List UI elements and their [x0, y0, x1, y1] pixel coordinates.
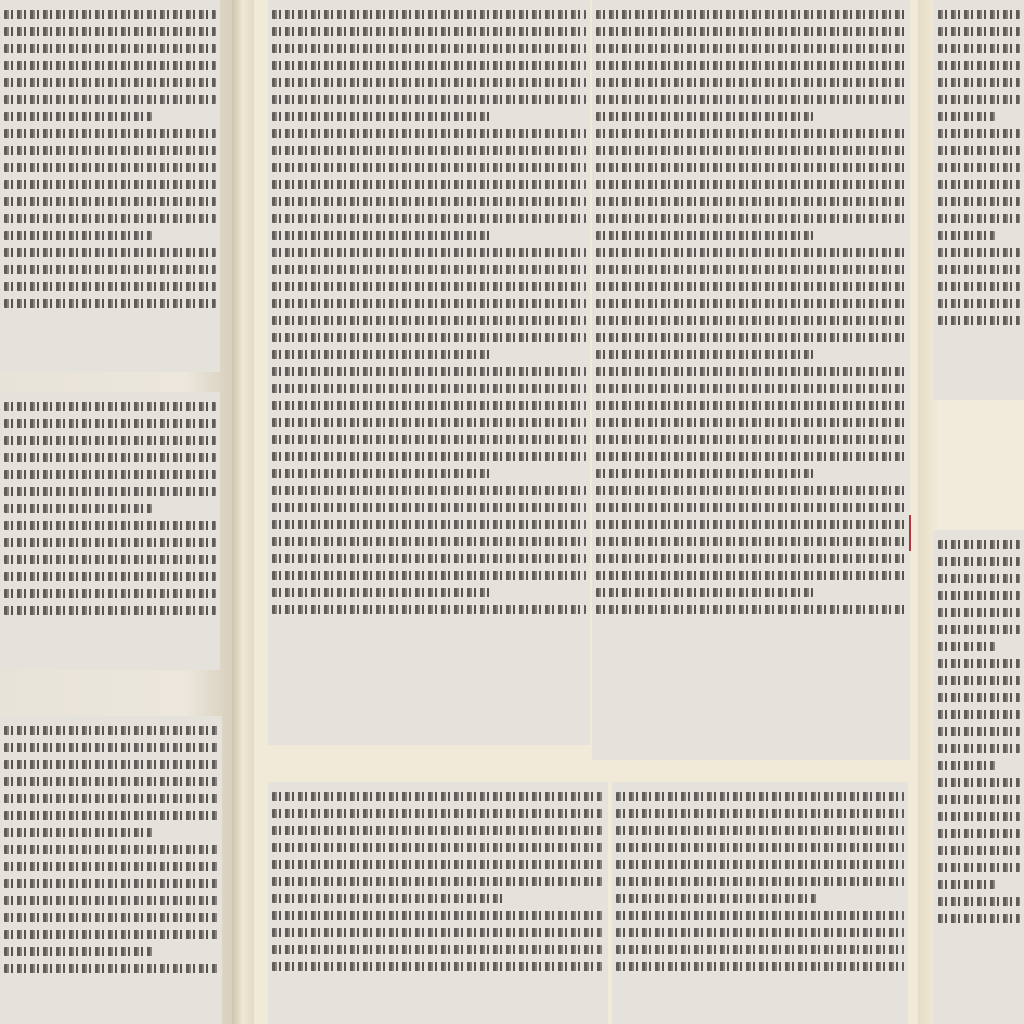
illegible-text-line: [272, 10, 586, 19]
illegible-text-line: [4, 44, 216, 53]
illegible-text-line: [4, 828, 154, 837]
illegible-text-line: [938, 146, 1020, 155]
illegible-text-line: [596, 486, 906, 495]
illegible-text-line: [938, 282, 1020, 291]
illegible-text-line: [616, 792, 904, 801]
illegible-text-line: [4, 521, 216, 530]
illegible-text-line: [596, 27, 906, 36]
illegible-text-line: [596, 112, 813, 121]
illegible-text-line: [596, 384, 906, 393]
illegible-text-line: [272, 333, 586, 342]
illegible-text-line: [938, 265, 1020, 274]
illegible-text-line: [4, 862, 218, 871]
illegible-text-line: [596, 367, 906, 376]
illegible-text-line: [4, 61, 216, 70]
illegible-text-line: [938, 778, 1020, 787]
illegible-text-line: [596, 163, 906, 172]
illegible-text-line: [938, 61, 1020, 70]
illegible-text-line: [938, 693, 1020, 702]
illegible-text-line: [4, 930, 218, 939]
illegible-text-line: [938, 27, 1020, 36]
illegible-text-line: [272, 588, 492, 597]
illegible-text-line: [616, 962, 904, 971]
illegible-text-line: [596, 554, 906, 563]
illegible-text-line: [272, 877, 604, 886]
illegible-text-line: [596, 299, 906, 308]
illegible-text-line: [938, 231, 995, 240]
illegible-text-line: [272, 401, 586, 410]
illegible-text-line: [4, 95, 216, 104]
illegible-text-line: [938, 812, 1020, 821]
illegible-text-line: [4, 947, 154, 956]
illegible-text-line: [4, 78, 216, 87]
illegible-text-line: [4, 811, 218, 820]
illegible-text-line: [596, 571, 906, 580]
illegible-text-line: [272, 248, 586, 257]
illegible-text-line: [272, 265, 586, 274]
illegible-text-line: [616, 843, 904, 852]
illegible-text-line: [272, 537, 586, 546]
illegible-text-line: [272, 435, 586, 444]
illegible-text-line: [272, 809, 604, 818]
illegible-text-line: [596, 316, 906, 325]
illegible-text-line: [4, 419, 216, 428]
illegible-text-line: [272, 95, 586, 104]
illegible-text-line: [272, 299, 586, 308]
illegible-text-line: [4, 146, 216, 155]
illegible-text-line: [272, 27, 586, 36]
illegible-text-line: [596, 537, 906, 546]
illegible-text-line: [616, 945, 904, 954]
illegible-text-line: [938, 659, 1020, 668]
illegible-text-line: [596, 503, 906, 512]
illegible-text-line: [596, 401, 906, 410]
illegible-text-line: [272, 78, 586, 87]
illegible-text-line: [4, 572, 216, 581]
illegible-text-line: [272, 469, 492, 478]
illegible-text-line: [272, 520, 586, 529]
illegible-text-line: [596, 605, 906, 614]
illegible-text-line: [616, 826, 904, 835]
illegible-text-line: [272, 231, 492, 240]
illegible-text-line: [272, 503, 586, 512]
illegible-text-line: [596, 214, 906, 223]
illegible-text-line: [938, 78, 1020, 87]
illegible-text-line: [4, 794, 218, 803]
illegible-text-line: [272, 44, 586, 53]
illegible-text-line: [4, 112, 152, 121]
illegible-text-line: [938, 557, 1020, 566]
illegible-text-line: [938, 316, 1020, 325]
illegible-text-line: [4, 402, 216, 411]
illegible-text-line: [596, 435, 906, 444]
illegible-text-line: [938, 95, 1020, 104]
illegible-text-line: [4, 726, 218, 735]
illegible-text-line: [4, 743, 218, 752]
left-block-top: [0, 0, 220, 372]
illegible-text-line: [272, 894, 504, 903]
illegible-text-line: [4, 760, 218, 769]
illegible-text-line: [4, 845, 218, 854]
illegible-text-line: [4, 879, 218, 888]
illegible-text-line: [4, 180, 216, 189]
illegible-text-line: [272, 826, 604, 835]
illegible-text-line: [938, 863, 1020, 872]
illegible-text-line: [938, 846, 1020, 855]
illegible-text-line: [938, 642, 995, 651]
illegible-text-line: [4, 964, 218, 973]
illegible-text-line: [272, 452, 586, 461]
illegible-text-line: [4, 197, 216, 206]
illegible-text-line: [4, 214, 216, 223]
illegible-text-line: [4, 10, 216, 19]
illegible-text-line: [616, 911, 904, 920]
illegible-text-line: [272, 384, 586, 393]
illegible-text-line: [272, 163, 586, 172]
illegible-text-line: [272, 554, 586, 563]
illegible-text-line: [272, 282, 586, 291]
illegible-text-line: [4, 453, 216, 462]
illegible-text-line: [938, 914, 1020, 923]
illegible-text-line: [596, 78, 906, 87]
illegible-text-line: [272, 928, 604, 937]
illegible-text-line: [272, 945, 604, 954]
illegible-text-line: [938, 608, 1020, 617]
illegible-text-line: [938, 129, 1020, 138]
illegible-text-line: [596, 180, 906, 189]
illegible-text-line: [938, 540, 1020, 549]
illegible-text-line: [596, 129, 906, 138]
illegible-text-line: [4, 777, 218, 786]
illegible-text-line: [938, 727, 1020, 736]
illegible-text-line: [4, 436, 216, 445]
illegible-text-line: [4, 299, 216, 308]
illegible-text-line: [596, 588, 813, 597]
book-gutter: [232, 0, 254, 1024]
illegible-text-line: [272, 146, 586, 155]
illegible-text-line: [938, 112, 995, 121]
red-margin-mark: [909, 515, 911, 551]
illegible-text-line: [4, 231, 152, 240]
illegible-text-line: [272, 860, 604, 869]
illegible-text-line: [272, 843, 604, 852]
center-col-2-bottom: [612, 782, 908, 1024]
illegible-text-line: [596, 95, 906, 104]
illegible-text-line: [596, 248, 906, 257]
right-block-bottom: [934, 530, 1024, 1024]
illegible-text-line: [272, 418, 586, 427]
illegible-text-line: [938, 574, 1020, 583]
illegible-text-line: [596, 61, 906, 70]
illegible-text-line: [4, 248, 216, 257]
illegible-text-line: [272, 112, 492, 121]
illegible-text-line: [596, 146, 906, 155]
illegible-text-line: [616, 860, 904, 869]
illegible-text-line: [272, 214, 586, 223]
illegible-text-line: [938, 897, 1020, 906]
illegible-text-line: [4, 606, 216, 615]
illegible-text-line: [272, 197, 586, 206]
illegible-text-line: [596, 452, 906, 461]
illegible-text-line: [4, 487, 216, 496]
left-block-mid: [0, 392, 220, 670]
illegible-text-line: [272, 911, 604, 920]
illegible-text-line: [596, 44, 906, 53]
illegible-text-line: [596, 333, 906, 342]
illegible-text-line: [272, 792, 604, 801]
illegible-text-line: [4, 163, 216, 172]
illegible-text-line: [616, 877, 904, 886]
illegible-text-line: [938, 795, 1020, 804]
illegible-text-line: [596, 10, 906, 19]
illegible-text-line: [272, 571, 586, 580]
illegible-text-line: [938, 10, 1020, 19]
illegible-text-line: [616, 928, 904, 937]
left-block-bottom: [0, 716, 222, 1024]
illegible-text-line: [272, 180, 586, 189]
illegible-text-line: [938, 676, 1020, 685]
illegible-text-line: [596, 350, 813, 359]
illegible-text-line: [4, 913, 218, 922]
illegible-text-line: [4, 282, 216, 291]
illegible-text-line: [596, 282, 906, 291]
illegible-text-line: [4, 504, 152, 513]
illegible-text-line: [938, 197, 1020, 206]
illegible-text-line: [272, 316, 586, 325]
illegible-text-line: [938, 625, 1020, 634]
illegible-text-line: [4, 896, 218, 905]
illegible-text-line: [938, 44, 1020, 53]
illegible-text-line: [272, 486, 586, 495]
illegible-text-line: [938, 214, 1020, 223]
illegible-text-line: [938, 829, 1020, 838]
illegible-text-line: [272, 367, 586, 376]
illegible-text-line: [938, 744, 1020, 753]
illegible-text-line: [938, 299, 1020, 308]
illegible-text-line: [4, 538, 216, 547]
illegible-text-line: [4, 265, 216, 274]
illegible-text-line: [938, 163, 1020, 172]
illegible-text-line: [272, 61, 586, 70]
illegible-text-line: [4, 555, 216, 564]
illegible-text-line: [616, 809, 904, 818]
illegible-text-line: [938, 880, 995, 889]
illegible-text-line: [938, 591, 1020, 600]
illegible-text-line: [938, 710, 1020, 719]
illegible-text-line: [272, 962, 604, 971]
illegible-text-line: [4, 129, 216, 138]
illegible-text-line: [596, 265, 906, 274]
right-block-top: [934, 0, 1024, 400]
center-col-2-top: [592, 0, 910, 760]
illegible-text-line: [4, 470, 216, 479]
illegible-text-line: [596, 197, 906, 206]
illegible-text-line: [938, 761, 995, 770]
illegible-text-line: [596, 520, 906, 529]
center-col-1-bottom: [268, 782, 608, 1024]
illegible-text-line: [272, 129, 586, 138]
illegible-text-line: [596, 469, 813, 478]
illegible-text-line: [272, 605, 586, 614]
illegible-text-line: [272, 350, 492, 359]
illegible-text-line: [596, 231, 813, 240]
illegible-text-line: [4, 27, 216, 36]
center-col-1-top: [268, 0, 590, 745]
illegible-text-line: [938, 248, 1020, 257]
illegible-text-line: [596, 418, 906, 427]
illegible-text-line: [616, 894, 818, 903]
illegible-text-line: [938, 180, 1020, 189]
illegible-text-line: [4, 589, 216, 598]
